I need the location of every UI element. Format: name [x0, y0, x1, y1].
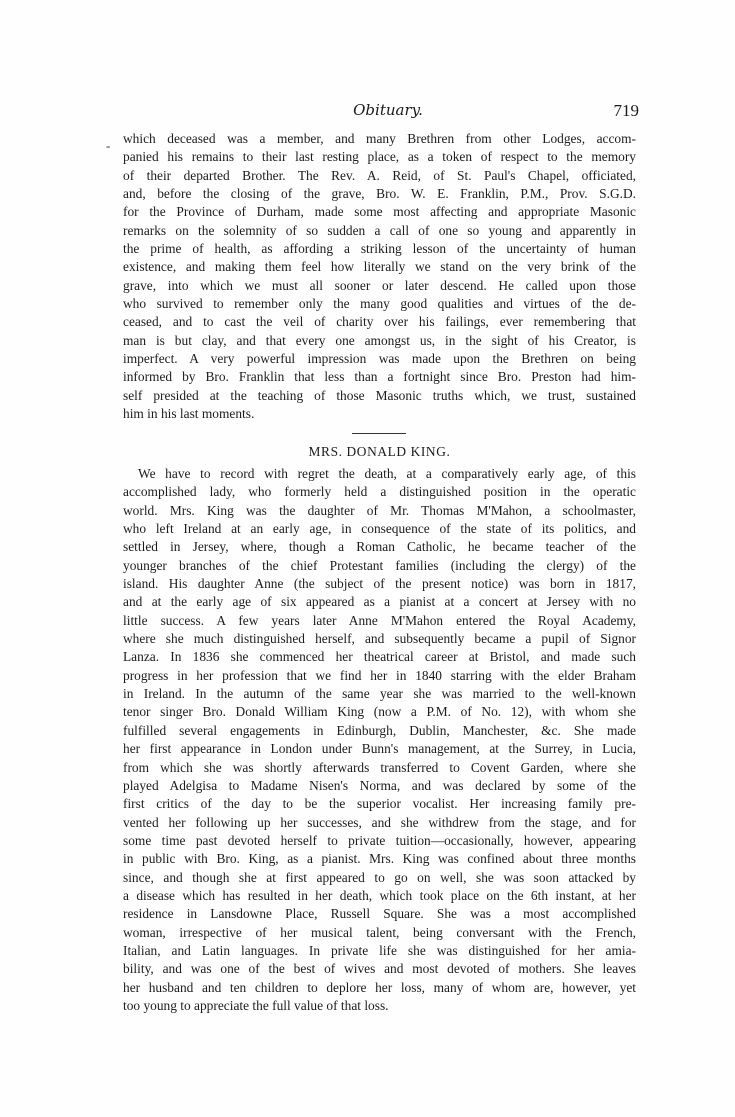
text-line: imperfect. A very powerful impression wa…: [123, 350, 636, 368]
text-line: where she much distinguished herself, an…: [123, 630, 636, 648]
text-line: him in his last moments.: [123, 405, 636, 423]
text-line: in Ireland. In the autumn of the same ye…: [123, 685, 636, 703]
text-line: man is but clay, and that every one amon…: [123, 332, 636, 350]
text-line: island. His daughter Anne (the subject o…: [123, 575, 636, 593]
text-line: and, before the closing of the grave, Br…: [123, 185, 636, 203]
text-line: played Adelgisa to Madame Nisen's Norma,…: [123, 777, 636, 795]
text-line: her first appearance in London under Bun…: [123, 740, 636, 758]
text-line: who survived to remember only the many g…: [123, 295, 636, 313]
text-line: since, and though she at first appeared …: [123, 869, 636, 887]
section-title: MRS. DONALD KING.: [123, 444, 636, 460]
text-line: little success. A few years later Anne M…: [123, 612, 636, 630]
text-line: tenor singer Bro. Donald William King (n…: [123, 703, 636, 721]
text-line: grave, into which we must all sooner or …: [123, 277, 636, 295]
text-line: progress in her profession that we find …: [123, 667, 636, 685]
text-line: too young to appreciate the full value o…: [123, 997, 636, 1015]
text-line: Italian, and Latin languages. In private…: [123, 942, 636, 960]
section-divider: [352, 433, 406, 434]
text-line: who left Ireland at an early age, in con…: [123, 520, 636, 538]
text-line: of their departed Brother. The Rev. A. R…: [123, 167, 636, 185]
text-line: ceased, and to cast the veil of charity …: [123, 313, 636, 331]
text-line: remarks on the solemnity of so sudden a …: [123, 222, 636, 240]
text-line: settled in Jersey, where, though a Roman…: [123, 538, 636, 556]
text-line: her husband and ten children to deplore …: [123, 979, 636, 997]
margin-mark: -: [106, 138, 110, 154]
text-line: self presided at the teaching of those M…: [123, 387, 636, 405]
text-line: informed by Bro. Franklin that less than…: [123, 368, 636, 386]
document-page: Obituary. 719 - which deceased was a mem…: [0, 0, 735, 1117]
running-title: Obituary.: [123, 101, 653, 119]
text-line: and at the early age of six appeared as …: [123, 593, 636, 611]
text-line: Lanza. In 1836 she commenced her theatri…: [123, 648, 636, 666]
text-line: for the Province of Durham, made some mo…: [123, 203, 636, 221]
text-line: first critics of the day to be the super…: [123, 795, 636, 813]
text-line: a disease which has resulted in her deat…: [123, 887, 636, 905]
text-line: the prime of health, as affording a stri…: [123, 240, 636, 258]
page-header: Obituary. 719: [123, 101, 653, 123]
text-line: We have to record with regret the death,…: [123, 465, 636, 483]
text-line: which deceased was a member, and many Br…: [123, 130, 636, 148]
text-line: panied his remains to their last resting…: [123, 148, 636, 166]
text-line: vented her following up her successes, a…: [123, 814, 636, 832]
text-line: some time past devoted herself to privat…: [123, 832, 636, 850]
text-line: fulfilled several engagements in Edinbur…: [123, 722, 636, 740]
text-line: world. Mrs. King was the daughter of Mr.…: [123, 502, 636, 520]
paragraph-preston-obituary: which deceased was a member, and many Br…: [123, 130, 636, 424]
text-line: bility, and was one of the best of wives…: [123, 960, 636, 978]
text-line: in public with Bro. King, as a pianist. …: [123, 850, 636, 868]
text-line: existence, and making them feel how lite…: [123, 258, 636, 276]
paragraph-king-obituary: We have to record with regret the death,…: [123, 465, 636, 1015]
text-line: residence in Lansdowne Place, Russell Sq…: [123, 905, 636, 923]
page-number: 719: [614, 101, 640, 121]
text-line: accomplished lady, who formerly held a d…: [123, 483, 636, 501]
text-line: woman, irrespective of her musical talen…: [123, 924, 636, 942]
text-line: from which she was shortly afterwards tr…: [123, 759, 636, 777]
text-line: younger branches of the chief Protestant…: [123, 557, 636, 575]
